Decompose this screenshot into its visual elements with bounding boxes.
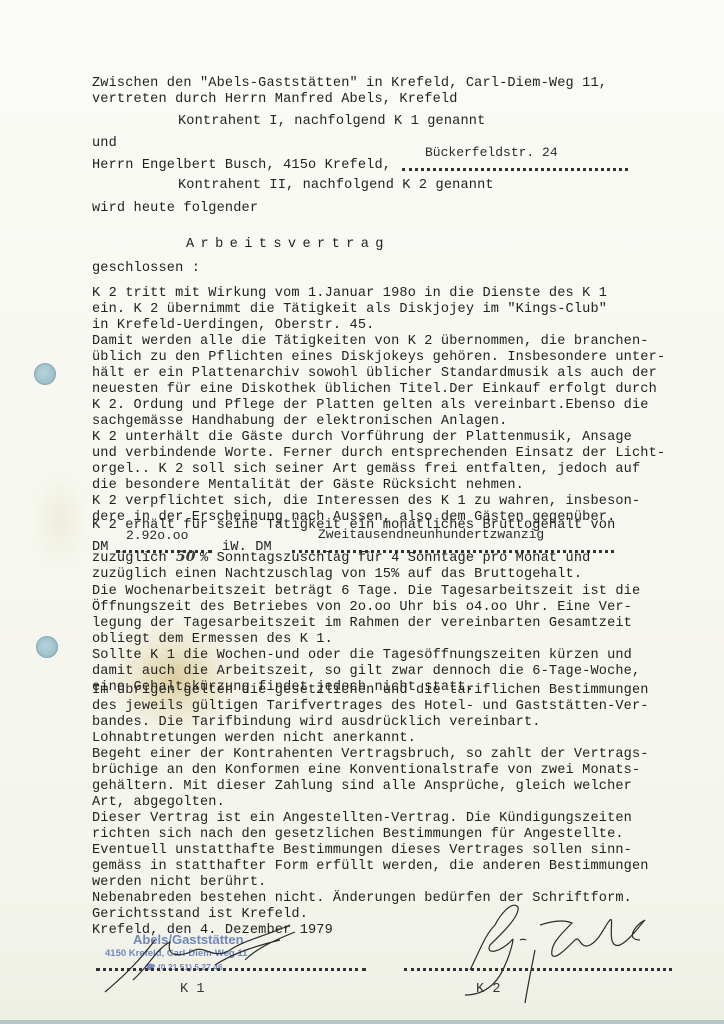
employee-line: Herrn Engelbert Busch, 415o Krefeld,	[92, 158, 391, 174]
body-line: K 2. Ordung und Pflege der Platten gelte…	[92, 398, 649, 414]
body-line: brüchige an den Konformen eine Konventio…	[92, 763, 640, 779]
body-line: sachgemässe Handhabung der elektronische…	[92, 414, 507, 430]
contract-title: Arbeitsvertrag	[186, 237, 390, 252]
body-line: und verbindende Worte. Ferner durch ents…	[92, 446, 665, 462]
body-line: Begeht einer der Kontrahenten Vertragsbr…	[92, 747, 649, 763]
body-line: des jeweils gültigen Tarifvertrages des …	[92, 699, 649, 715]
intro-text: wird heute folgender	[92, 201, 258, 217]
body-line: in Krefeld-Uerdingen, Oberstr. 45.	[92, 318, 374, 334]
body-line: ein. K 2 übernimmt die Tätigkeit als Dis…	[92, 302, 607, 318]
body-line: K 2 unterhält die Gäste durch Vorführung…	[92, 430, 632, 446]
contract-page: Zwischen den "Abels-Gaststätten" in Kref…	[0, 0, 724, 1024]
employee-address-filled: Bückerfeldstr. 24	[425, 145, 558, 160]
k2-definition: Kontrahent II, nachfolgend K 2 genannt	[178, 178, 494, 194]
body-line: Öffnungszeit des Betriebes von 2o.oo Uhr…	[92, 600, 632, 616]
concluded-text: geschlossen :	[92, 261, 200, 277]
body-line: obliegt dem Ermessen des K 1.	[92, 632, 333, 648]
body-line: legung der Tagesarbeitszeit im Rahmen de…	[92, 616, 632, 632]
body-line: hält er ein Plattenarchiv sowohl übliche…	[92, 366, 657, 382]
body-line: Art, abgegolten.	[92, 795, 225, 811]
body-line: üblich zu den Pflichten eines Diskjokeys…	[92, 350, 665, 366]
address-dotted-line	[402, 168, 628, 171]
k1-signature-label: K 1	[180, 982, 204, 997]
body-line: richten sich nach den gesetzlichen Besti…	[92, 827, 624, 843]
und-text: und	[92, 136, 117, 152]
party1-line2: vertreten durch Herrn Manfred Abels, Kre…	[92, 92, 458, 108]
hole-punch-top	[34, 363, 56, 385]
body-line: die besondere Mentalität der Gäste Rücks…	[92, 478, 524, 494]
salary-sunday-line: zuzüglich % Sonntagszuschlag für 4 Sonnt…	[92, 551, 590, 567]
k2-signature-dotted-line	[404, 968, 672, 971]
handwritten-percent: 50	[176, 549, 195, 565]
body-line: Damit werden alle die Tätigkeiten von K …	[92, 334, 649, 350]
body-line: damit auch die Arbeitszeit, so gilt zwar…	[92, 664, 640, 680]
k1-definition: Kontrahent I, nachfolgend K 1 genannt	[178, 114, 485, 130]
body-line: bandes. Die Tarifbindung wird ausdrückli…	[92, 715, 541, 731]
k2-signature	[440, 895, 670, 1005]
body-line: neuesten für eine Diskothek üblichen Tit…	[92, 382, 657, 398]
salary-words-filled: Zweitausendneunhundertzwanzig	[318, 527, 544, 542]
body-line: Die Wochenarbeitszeit beträgt 6 Tage. Di…	[92, 584, 640, 600]
body-line: werden nicht berührt.	[92, 875, 266, 891]
body-line: Im übrigen gelten die gesetzlichen und d…	[92, 683, 649, 699]
body-line: K 2 verpflichtet sich, die Interessen de…	[92, 494, 640, 510]
body-line: orgel.. K 2 soll sich seiner Art gemäss …	[92, 462, 640, 478]
body-line: gehältern. Mit dieser Zahlung sind alle …	[92, 779, 632, 795]
salary-amount-filled: 2.92o.oo	[126, 528, 188, 543]
k1-signature-dotted-line	[96, 968, 366, 971]
k1-signature	[95, 920, 315, 1000]
hole-punch-bottom	[36, 636, 58, 658]
body-line: K 2 tritt mit Wirkung vom 1.Januar 198o …	[92, 286, 607, 302]
body-line: gemäss in statthafter Form erfüllt werde…	[92, 859, 649, 875]
salary-night-line: zuzüglich einen Nachtzuschlag von 15% au…	[92, 567, 582, 583]
body-line: Lohnabtretungen werden nicht anerkannt.	[92, 731, 416, 747]
body-line: Dieser Vertrag ist ein Angestellten-Vert…	[92, 811, 632, 827]
party1-line1: Zwischen den "Abels-Gaststätten" in Kref…	[92, 76, 607, 92]
body-line: Eventuell unstatthafte Bestimmungen dies…	[92, 843, 632, 859]
k2-signature-label: K 2	[476, 982, 500, 997]
body-line: Sollte K 1 die Wochen-und oder die Tages…	[92, 648, 632, 664]
